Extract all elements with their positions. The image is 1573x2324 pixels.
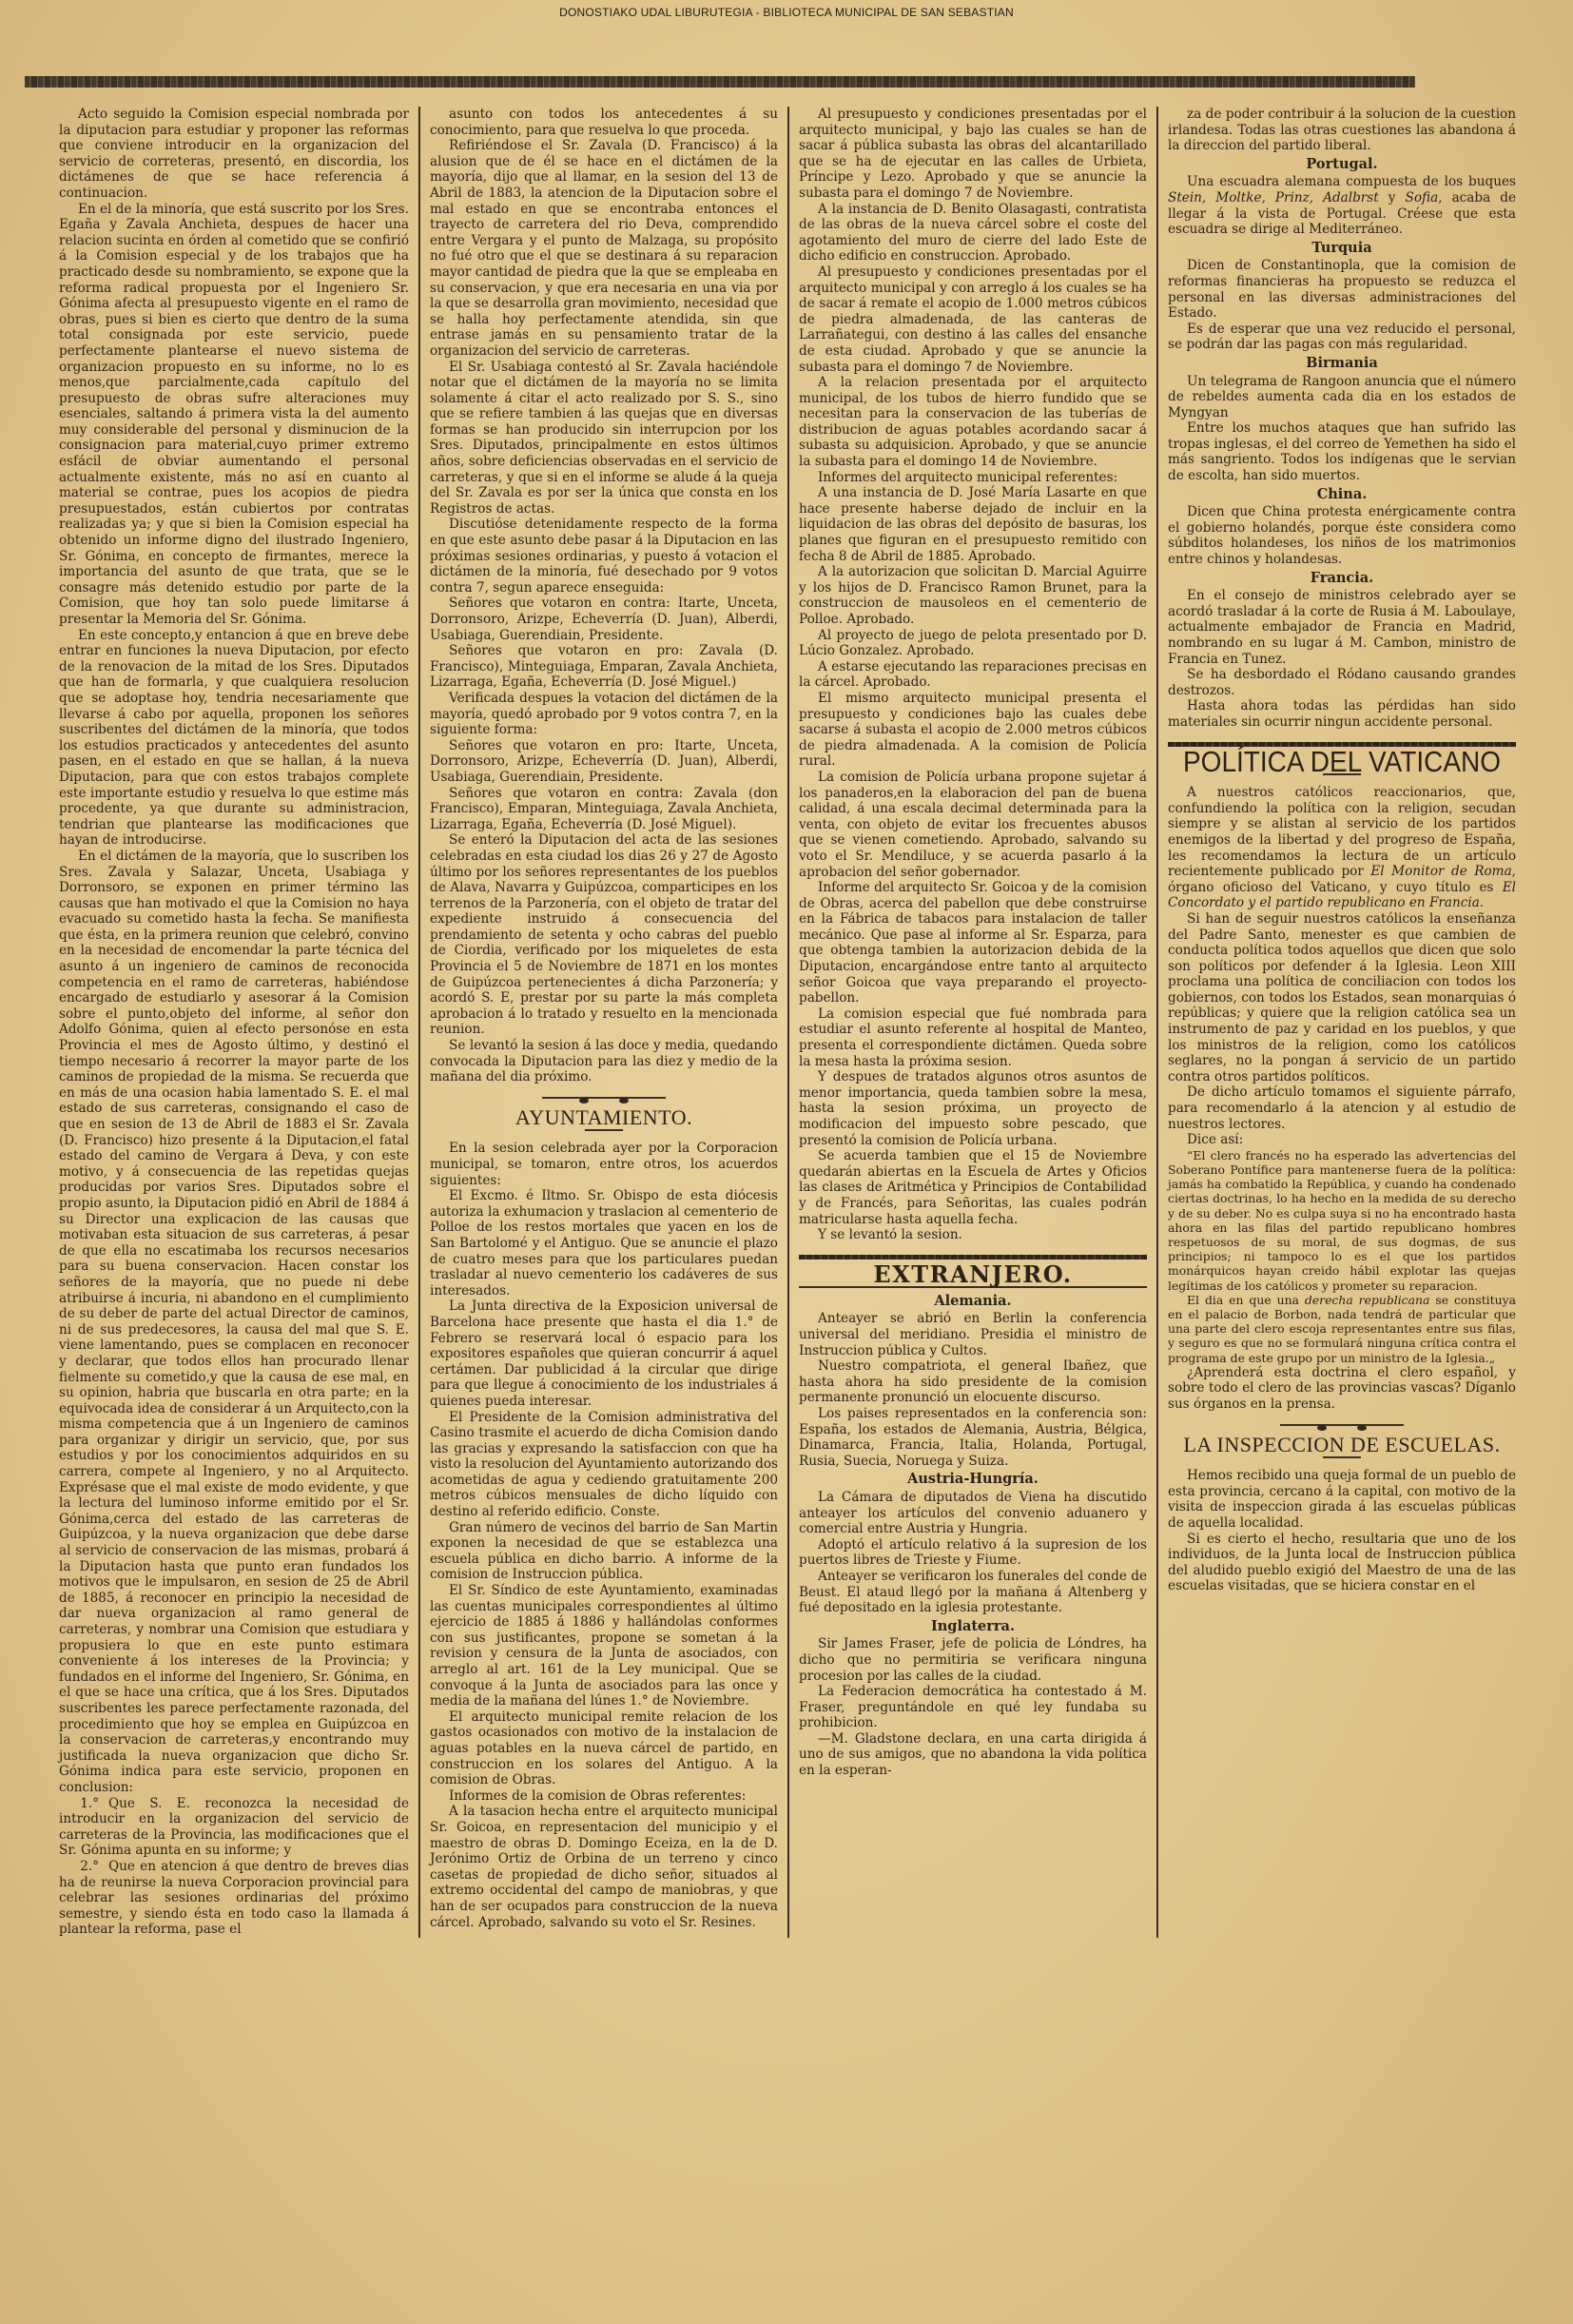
conclusion-item-2: 2.°Que en atencion á que dentro de breve… bbox=[59, 1859, 409, 1938]
paragraph: La Cámara de diputados de Viena ha discu… bbox=[799, 1490, 1147, 1537]
paragraph: Gran número de vecinos del barrio de San… bbox=[430, 1520, 778, 1583]
subheading-birmania: Birmania bbox=[1168, 356, 1516, 372]
top-rule bbox=[25, 76, 1415, 88]
paragraph: Nuestro compatriota, el general Ibañez, … bbox=[799, 1358, 1147, 1406]
paragraph: A la instancia de D. Benito Olasagasti, … bbox=[799, 202, 1147, 264]
section-title-vaticano: POLÍTICA DEL VATICANO bbox=[1168, 753, 1516, 771]
paragraph: Los paises representados en la conferenc… bbox=[799, 1406, 1147, 1469]
paragraph: Se levantó la sesion á las doce y media,… bbox=[430, 1038, 778, 1085]
subheading-turquia: Turquia bbox=[1168, 241, 1516, 257]
item-number: 1.° bbox=[59, 1796, 108, 1812]
paragraph: Dicen de Constantinopla, que la comision… bbox=[1168, 258, 1516, 321]
quoted-paragraph: El dia en que una derecha republicana se… bbox=[1168, 1293, 1516, 1365]
paragraph: Y despues de tratados algunos otros asun… bbox=[799, 1069, 1147, 1148]
paragraph: Informes de la comision de Obras referen… bbox=[430, 1788, 778, 1805]
paragraph: Anteayer se verificaron los funerales de… bbox=[799, 1569, 1147, 1616]
paragraph: Y se levantó la sesion. bbox=[799, 1227, 1147, 1243]
emphasis: derecha republicana bbox=[1305, 1293, 1430, 1307]
text: El dia en que una bbox=[1187, 1293, 1305, 1307]
short-rule bbox=[585, 1129, 623, 1131]
paragraph: De dicho artículo tomamos el siguiente p… bbox=[1168, 1084, 1516, 1132]
subheading-portugal: Portugal. bbox=[1168, 157, 1516, 173]
paragraph: Entre los muchos ataques que han sufrido… bbox=[1168, 420, 1516, 483]
paragraph: Señores que votaron en pro: Zavala (D. F… bbox=[430, 643, 778, 691]
subheading-alemania: Alemania. bbox=[799, 1294, 1147, 1310]
paragraph: Si es cierto el hecho, resultaria que un… bbox=[1168, 1532, 1516, 1594]
paragraph: Una escuadra alemana compuesta de los bu… bbox=[1168, 174, 1516, 237]
paragraph: A nuestros católicos reaccionarios, que,… bbox=[1168, 785, 1516, 911]
paragraph: Verificada despues la votacion del dictá… bbox=[430, 691, 778, 738]
ornament-divider bbox=[1168, 1420, 1516, 1430]
paragraph: El arquitecto municipal remite relacion … bbox=[430, 1709, 778, 1788]
subheading-francia: Francia. bbox=[1168, 571, 1516, 587]
paragraph: La comision de Policía urbana propone su… bbox=[799, 770, 1147, 880]
paragraph: El Sr. Usabiaga contestó al Sr. Zavala h… bbox=[430, 360, 778, 518]
paragraph: El Presidente de la Comision administrat… bbox=[430, 1410, 778, 1520]
section-title-escuelas: LA INSPECCION DE ESCUELAS. bbox=[1168, 1437, 1516, 1454]
paragraph: Al presupuesto y condiciones presentadas… bbox=[799, 107, 1147, 202]
paragraph: El mismo arquitecto municipal presenta e… bbox=[799, 691, 1147, 770]
paragraph: Señores que votaron en pro: Itarte, Unce… bbox=[430, 738, 778, 786]
paragraph: Un telegrama de Rangoon anuncia que el n… bbox=[1168, 374, 1516, 421]
paragraph: Informe del arquitecto Sr. Goicoa y de l… bbox=[799, 880, 1147, 1006]
paragraph: La Junta directiva de la Exposicion univ… bbox=[430, 1299, 778, 1409]
subheading-china: China. bbox=[1168, 487, 1516, 503]
ornament-divider bbox=[430, 1093, 778, 1103]
paragraph: A estarse ejecutando las reparaciones pr… bbox=[799, 659, 1147, 691]
paragraph: Señores que votaron en contra: Itarte, U… bbox=[430, 596, 778, 643]
subheading-inglaterra: Inglaterra. bbox=[799, 1619, 1147, 1635]
column-1: Acto seguido la Comision especial nombra… bbox=[49, 107, 418, 1938]
paragraph: A la relacion presentada por el arquitec… bbox=[799, 375, 1147, 470]
column-3: Al presupuesto y condiciones presentadas… bbox=[787, 107, 1156, 1938]
paragraph: En el de la minoría, que está suscrito p… bbox=[59, 202, 409, 628]
paragraph: El Sr. Síndico de este Ayuntamiento, exa… bbox=[430, 1583, 778, 1709]
paragraph: Anteayer se abrió en Berlin la conferenc… bbox=[799, 1311, 1147, 1358]
paragraph: Se enteró la Diputacion del acta de las … bbox=[430, 832, 778, 1038]
publication-title: El Monitor de Roma bbox=[1370, 864, 1511, 879]
paragraph: El Excmo. é Iltmo. Sr. Obispo de esta di… bbox=[430, 1188, 778, 1299]
paragraph: En este concepto,y entancion á que en br… bbox=[59, 628, 409, 849]
column-2: asunto con todos los antecedentes á su c… bbox=[418, 107, 787, 1938]
text: y bbox=[1379, 190, 1406, 205]
ship-name: Sofia bbox=[1406, 190, 1439, 205]
paragraph: Adoptó el artículo relativo á la supresi… bbox=[799, 1537, 1147, 1569]
item-text: Que en atencion á que dentro de breves d… bbox=[59, 1859, 409, 1937]
newspaper-columns: Acto seguido la Comision especial nombra… bbox=[49, 107, 1552, 1938]
section-rule bbox=[799, 1255, 1147, 1260]
paragraph: En el dictámen de la mayoría, que lo sus… bbox=[59, 849, 409, 1796]
paragraph: za de poder contribuir á la solucion de … bbox=[1168, 107, 1516, 154]
paragraph: Se ha desbordado el Ródano causando gran… bbox=[1168, 667, 1516, 698]
text: . bbox=[1480, 895, 1484, 910]
item-text: Que S. E. reconozca la necesidad de intr… bbox=[59, 1796, 409, 1859]
paragraph: La Federacion democrática ha contestado … bbox=[799, 1684, 1147, 1731]
ship-names: Stein, Moltke, Prinz, Adalbrst bbox=[1168, 190, 1379, 205]
section-title-extranjero: EXTRANJERO. bbox=[799, 1267, 1147, 1283]
section-title-ayuntamiento: AYUNTAMIENTO. bbox=[430, 1110, 778, 1126]
paragraph: En el consejo de ministros celebrado aye… bbox=[1168, 588, 1516, 667]
paragraph: ¿Aprenderá esta doctrina el clero españo… bbox=[1168, 1365, 1516, 1413]
paragraph: Hemos recibido una queja formal de un pu… bbox=[1168, 1468, 1516, 1531]
subheading-austria-hungria: Austria-Hungría. bbox=[799, 1472, 1147, 1488]
paragraph: Al proyecto de juego de pelota presentad… bbox=[799, 628, 1147, 659]
paragraph: A una instancia de D. José María Lasarte… bbox=[799, 485, 1147, 564]
paragraph: En la sesion celebrada ayer por la Corpo… bbox=[430, 1141, 778, 1188]
paragraph: Hasta ahora todas las pérdidas han sido … bbox=[1168, 698, 1516, 730]
paragraph: Informes del arquitecto municipal refere… bbox=[799, 470, 1147, 486]
paragraph: Sir James Fraser, jefe de policia de Lón… bbox=[799, 1636, 1147, 1684]
paragraph: La comision especial que fué nombrada pa… bbox=[799, 1006, 1147, 1069]
paragraph: Señores que votaron en contra: Zavala (d… bbox=[430, 786, 778, 833]
conclusion-item-1: 1.°Que S. E. reconozca la necesidad de i… bbox=[59, 1796, 409, 1859]
paragraph: Al presupuesto y condiciones presentadas… bbox=[799, 264, 1147, 375]
paragraph: A la autorizacion que solicitan D. Marci… bbox=[799, 564, 1147, 627]
short-rule bbox=[1323, 1456, 1361, 1458]
library-watermark: DONOSTIAKO UDAL LIBURUTEGIA - BIBLIOTECA… bbox=[0, 6, 1573, 19]
paragraph: Es de esperar que una vez reducido el pe… bbox=[1168, 322, 1516, 353]
quoted-paragraph: “El clero francés no ha esperado las adv… bbox=[1168, 1148, 1516, 1293]
paragraph: Dicen que China protesta enérgicamente c… bbox=[1168, 504, 1516, 567]
text: Una escuadra alemana compuesta de los bu… bbox=[1187, 174, 1516, 189]
item-number: 2.° bbox=[59, 1859, 108, 1875]
paragraph: Acto seguido la Comision especial nombra… bbox=[59, 107, 409, 202]
paragraph: Dice así: bbox=[1168, 1132, 1516, 1148]
paragraph: —M. Gladstone declara, en una carta diri… bbox=[799, 1731, 1147, 1779]
paragraph: Refiriéndose el Sr. Zavala (D. Francisco… bbox=[430, 138, 778, 359]
column-4: za de poder contribuir á la solucion de … bbox=[1156, 107, 1525, 1938]
paragraph: Si han de seguir nuestros católicos la e… bbox=[1168, 911, 1516, 1085]
paragraph: Discutióse detenidamente respecto de la … bbox=[430, 517, 778, 596]
paragraph: asunto con todos los antecedentes á su c… bbox=[430, 107, 778, 138]
paragraph: A la tasacion hecha entre el arquitecto … bbox=[430, 1804, 778, 1930]
paragraph: Se acuerda tambien que el 15 de Noviembr… bbox=[799, 1148, 1147, 1227]
